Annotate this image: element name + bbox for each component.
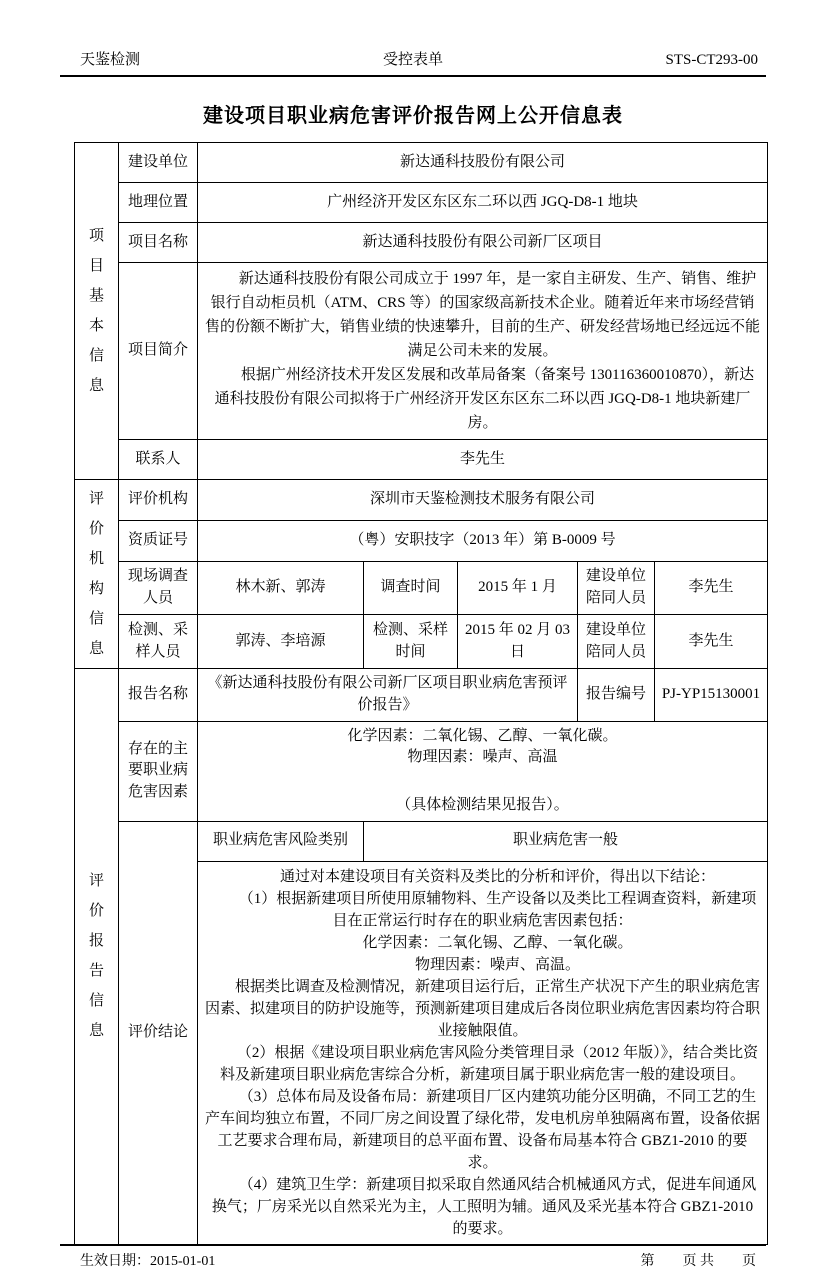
document-footer: 生效日期：2015-01-01 第 页 共 页: [60, 1244, 766, 1270]
report-name-value: 《新达通科技股份有限公司新厂区项目职业病危害预评价报告》: [198, 669, 578, 722]
project-intro-value: 新达通科技股份有限公司成立于 1997 年，是一家自主研发、生产、销售、维护银行…: [198, 263, 768, 440]
sampling-escort-label: 建设单位陪同人员: [578, 615, 655, 669]
risk-category-value: 职业病危害一般: [364, 821, 768, 861]
construction-unit-value: 新达通科技股份有限公司: [198, 143, 768, 183]
sampling-staff-label: 检测、采样人员: [119, 615, 198, 669]
row-construction-unit: 项目基本信息 建设单位 新达通科技股份有限公司: [75, 143, 768, 183]
row-sampling: 检测、采样人员 郭涛、李培源 检测、采样时间 2015 年 02 月 03 日 …: [75, 615, 768, 669]
report-name-label: 报告名称: [119, 669, 198, 722]
document-page: 天鉴检测 受控表单 STS-CT293-00 建设项目职业病危害评价报告网上公开…: [0, 0, 826, 1169]
conclusion-paragraph: 通过对本建设项目有关资料及类比的分析和评价，得出以下结论：: [204, 866, 761, 888]
conclusion-label: 评价结论: [119, 821, 198, 1244]
section-basic-info: 项目基本信息: [75, 143, 119, 480]
conclusion-paragraph: （4）建筑卫生学：新建项目拟采取自然通风结合机械通风方式，促进车间通风换气；厂房…: [204, 1174, 761, 1240]
certificate-value: （粤）安职技字（2013 年）第 B-0009 号: [198, 520, 768, 561]
sampling-time-label: 检测、采样时间: [364, 615, 458, 669]
survey-escort-value: 李先生: [655, 561, 768, 615]
document-header: 天鉴检测 受控表单 STS-CT293-00: [60, 48, 766, 77]
effective-date: 生效日期：2015-01-01: [80, 1250, 215, 1270]
row-risk-category: 评价结论 职业病危害风险类别 职业病危害一般: [75, 821, 768, 861]
conclusion-paragraph: 物理因素：噪声、高温。: [204, 954, 761, 976]
section-report-info-label: 评价报告信息: [89, 866, 105, 1046]
hazards-value: 化学因素：二氧化锡、乙醇、一氧化碳。 物理因素：噪声、高温 （具体检测结果见报告…: [198, 721, 768, 821]
location-value: 广州经济开发区东区东二环以西 JGQ-D8-1 地块: [198, 183, 768, 223]
report-no-value: PJ-YP15130001: [655, 669, 768, 722]
sampling-staff-value: 郭涛、李培源: [198, 615, 364, 669]
row-hazards: 存在的主要职业病危害因素 化学因素：二氧化锡、乙醇、一氧化碳。 物理因素：噪声、…: [75, 721, 768, 821]
project-name-value: 新达通科技股份有限公司新厂区项目: [198, 223, 768, 263]
section-agency-info: 评价机构信息: [75, 480, 119, 669]
conclusion-value: 通过对本建设项目有关资料及类比的分析和评价，得出以下结论： （1）根据新建项目所…: [198, 861, 768, 1244]
location-label: 地理位置: [119, 183, 198, 223]
report-no-label: 报告编号: [578, 669, 655, 722]
section-basic-info-label: 项目基本信息: [89, 221, 105, 401]
survey-time-value: 2015 年 1 月: [458, 561, 578, 615]
row-agency: 评价机构信息 评价机构 深圳市天鉴检测技术服务有限公司: [75, 480, 768, 521]
project-name-label: 项目名称: [119, 223, 198, 263]
project-intro-paragraph: 根据广州经济技术开发区发展和改革局备案（备案号 130116360010870）…: [204, 363, 761, 435]
sampling-escort-value: 李先生: [655, 615, 768, 669]
survey-escort-label: 建设单位陪同人员: [578, 561, 655, 615]
survey-staff-value: 林木新、郭涛: [198, 561, 364, 615]
conclusion-paragraph: （2）根据《建设项目职业病危害风险分类管理目录（2012 年版）》，结合类比资料…: [204, 1042, 761, 1086]
row-survey: 现场调查人员 林木新、郭涛 调查时间 2015 年 1 月 建设单位陪同人员 李…: [75, 561, 768, 615]
section-report-info: 评价报告信息: [75, 669, 119, 1245]
survey-time-label: 调查时间: [364, 561, 458, 615]
contact-label: 联系人: [119, 440, 198, 480]
risk-category-label: 职业病危害风险类别: [198, 821, 364, 861]
row-contact: 联系人 李先生: [75, 440, 768, 480]
hazards-physical: 物理因素：噪声、高温: [204, 747, 761, 769]
project-intro-label: 项目简介: [119, 263, 198, 440]
conclusion-paragraph: （3）总体布局及设备布局：新建项目厂区内建筑功能分区明确，不同工艺的生产车间均独…: [204, 1086, 761, 1174]
section-agency-info-label: 评价机构信息: [89, 484, 105, 664]
contact-value: 李先生: [198, 440, 768, 480]
project-intro-paragraph: 新达通科技股份有限公司成立于 1997 年，是一家自主研发、生产、销售、维护银行…: [204, 267, 761, 363]
row-report-name: 评价报告信息 报告名称 《新达通科技股份有限公司新厂区项目职业病危害预评价报告》…: [75, 669, 768, 722]
hazards-label: 存在的主要职业病危害因素: [119, 721, 198, 821]
header-form-type: 受控表单: [60, 48, 766, 69]
agency-label: 评价机构: [119, 480, 198, 521]
info-table: 项目基本信息 建设单位 新达通科技股份有限公司 地理位置 广州经济开发区东区东二…: [74, 142, 768, 1245]
sampling-time-value: 2015 年 02 月 03 日: [458, 615, 578, 669]
hazards-chemical: 化学因素：二氧化锡、乙醇、一氧化碳。: [204, 726, 761, 748]
row-certificate: 资质证号 （粤）安职技字（2013 年）第 B-0009 号: [75, 520, 768, 561]
conclusion-paragraph: （1）根据新建项目所使用原辅物料、生产设备以及类比工程调查资料，新建项目在正常运…: [204, 888, 761, 932]
survey-staff-label: 现场调查人员: [119, 561, 198, 615]
row-project-intro: 项目简介 新达通科技股份有限公司成立于 1997 年，是一家自主研发、生产、销售…: [75, 263, 768, 440]
row-location: 地理位置 广州经济开发区东区东二环以西 JGQ-D8-1 地块: [75, 183, 768, 223]
construction-unit-label: 建设单位: [119, 143, 198, 183]
row-project-name: 项目名称 新达通科技股份有限公司新厂区项目: [75, 223, 768, 263]
conclusion-paragraph: 化学因素：二氧化锡、乙醇、一氧化碳。: [204, 932, 761, 954]
hazards-note: （具体检测结果见报告）。: [204, 795, 761, 817]
certificate-label: 资质证号: [119, 520, 198, 561]
agency-value: 深圳市天鉴检测技术服务有限公司: [198, 480, 768, 521]
conclusion-paragraph: 根据类比调查及检测情况，新建项目运行后，正常生产状况下产生的职业病危害因素、拟建…: [204, 976, 761, 1042]
page-number: 第 页 共 页: [641, 1250, 757, 1270]
page-title: 建设项目职业病危害评价报告网上公开信息表: [60, 99, 766, 128]
